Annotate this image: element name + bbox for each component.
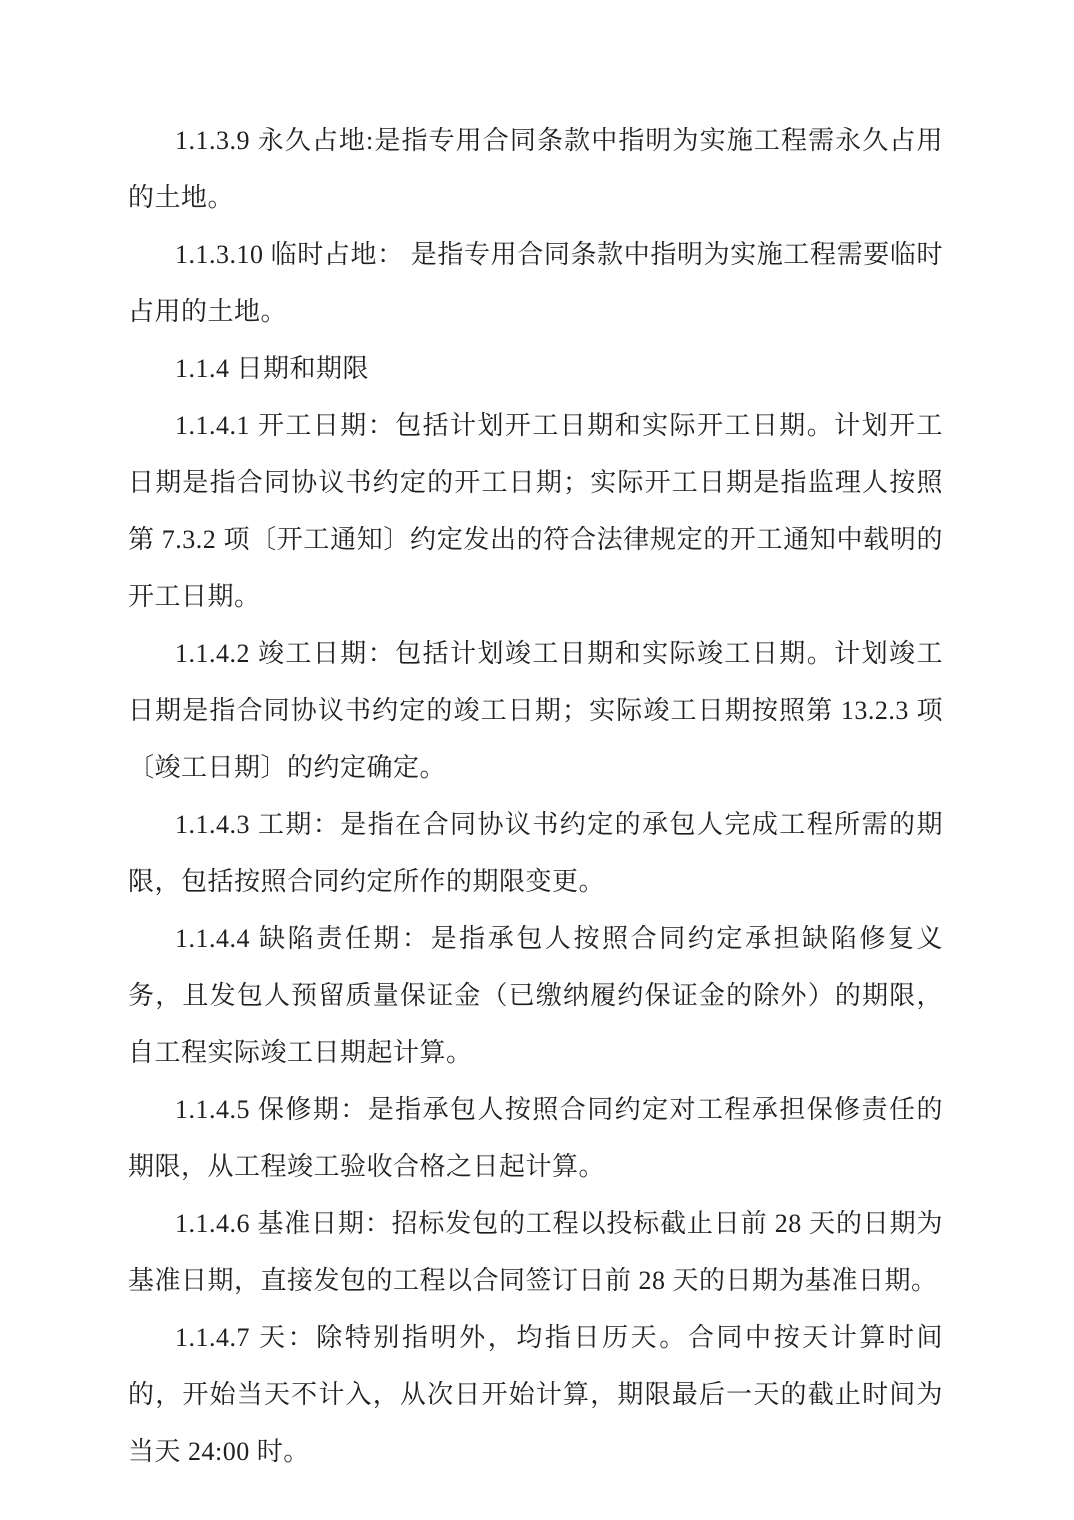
- clause-1-1-4-6: 1.1.4.6 基准日期：招标发包的工程以投标截止日前 28 天的日期为基准日期…: [128, 1195, 943, 1309]
- clause-1-1-4-3: 1.1.4.3 工期：是指在合同协议书约定的承包人完成工程所需的期限，包括按照合…: [128, 796, 943, 910]
- clause-1-1-4-7: 1.1.4.7 天：除特别指明外，均指日历天。合同中按天计算时间的，开始当天不计…: [128, 1309, 943, 1480]
- clause-1-1-4-4: 1.1.4.4 缺陷责任期：是指承包人按照合同约定承担缺陷修复义务，且发包人预留…: [128, 910, 943, 1081]
- clause-1-1-4-5: 1.1.4.5 保修期：是指承包人按照合同约定对工程承担保修责任的期限，从工程竣…: [128, 1081, 943, 1195]
- clause-1-1-4-2: 1.1.4.2 竣工日期：包括计划竣工日期和实际竣工日期。计划竣工日期是指合同协…: [128, 625, 943, 796]
- clause-1-1-4-1: 1.1.4.1 开工日期：包括计划开工日期和实际开工日期。计划开工日期是指合同协…: [128, 397, 943, 625]
- clause-1-1-3-10: 1.1.3.10 临时占地： 是指专用合同条款中指明为实施工程需要临时占用的土地…: [128, 226, 943, 340]
- clause-1-1-3-9: 1.1.3.9 永久占地:是指专用合同条款中指明为实施工程需永久占用的土地。: [128, 112, 943, 226]
- clause-1-1-4: 1.1.4 日期和期限: [128, 340, 943, 397]
- document-page: 1.1.3.9 永久占地:是指专用合同条款中指明为实施工程需永久占用的土地。 1…: [0, 0, 1074, 1520]
